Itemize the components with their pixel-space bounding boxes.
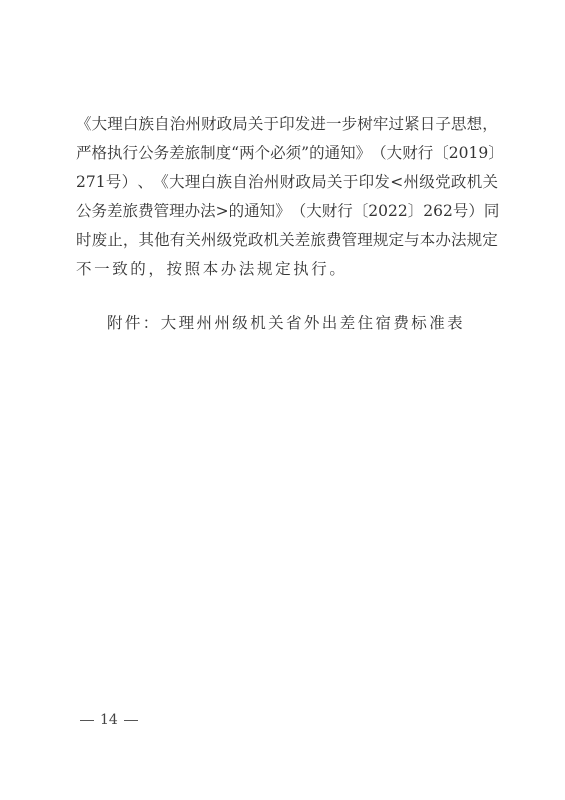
paragraph-line: 时废止，其他有关州级党政机关差旅费管理规定与本办法规定 <box>76 226 498 255</box>
dash-right <box>124 720 138 721</box>
attachment-line: 附件：大理州州级机关省外出差住宿费标准表 <box>107 309 465 338</box>
paragraph-line: 公务差旅费管理办法>的通知》（大财行〔2022〕262号）同 <box>76 197 498 226</box>
page-number-value: 14 <box>100 712 118 728</box>
dash-left <box>80 720 94 721</box>
page-number: 14 <box>74 710 144 730</box>
paragraph-line: 严格执行公务差旅制度“两个必须”的通知》（大财行〔2019〕 <box>76 139 498 168</box>
document-page: 《大理白族自治州财政局关于印发进一步树牢过紧日子思想， 严格执行公务差旅制度“两… <box>0 0 565 800</box>
paragraph-line: 不一致的，按照本办法规定执行。 <box>76 255 498 284</box>
body-paragraph: 《大理白族自治州财政局关于印发进一步树牢过紧日子思想， 严格执行公务差旅制度“两… <box>76 110 498 284</box>
paragraph-line: 271号）、《大理白族自治州财政局关于印发<州级党政机关 <box>76 168 498 197</box>
paragraph-line: 《大理白族自治州财政局关于印发进一步树牢过紧日子思想， <box>76 110 498 139</box>
